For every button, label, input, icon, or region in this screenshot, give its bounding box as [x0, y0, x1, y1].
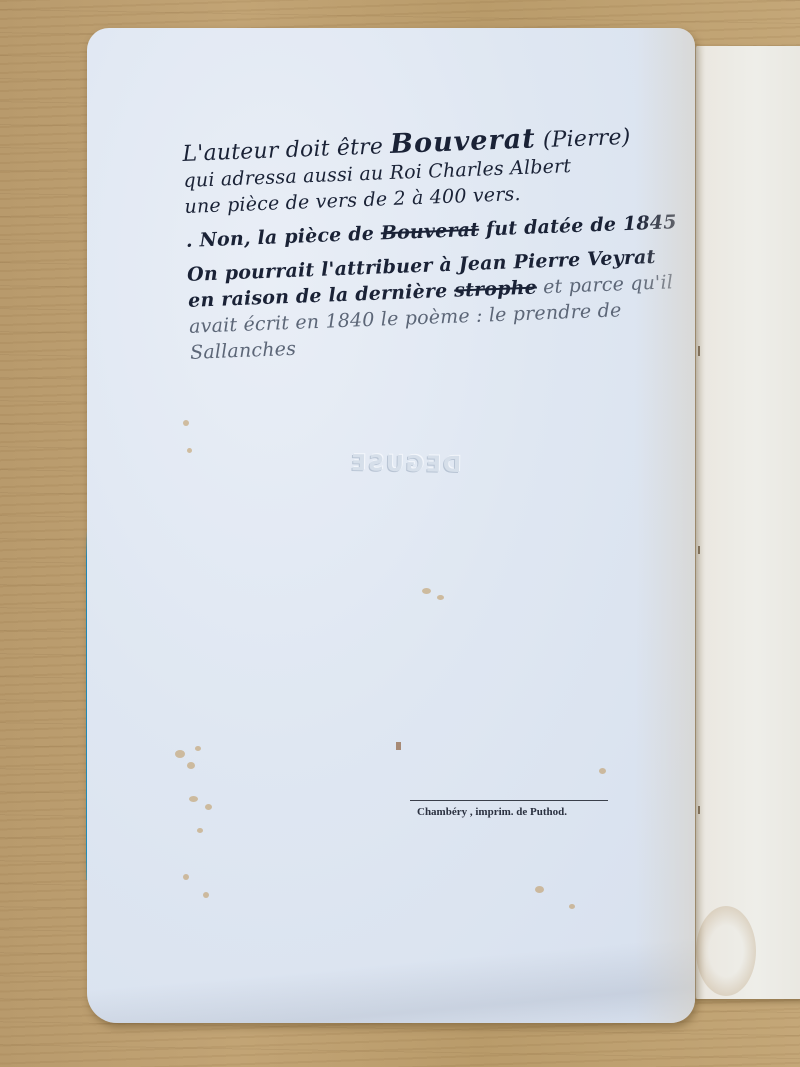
- pencil-text: et parce qu'il: [536, 271, 673, 298]
- foxing-spot: [197, 828, 203, 833]
- foxing-spot: [189, 796, 198, 802]
- foxing-spot: [187, 448, 192, 453]
- stitch-hole: [698, 546, 700, 554]
- note-text: . Non, la pièce de: [185, 222, 381, 251]
- foxing-spot: [437, 595, 444, 600]
- handwritten-note: L'auteur doit être Bouverat (Pierre) qui…: [182, 121, 690, 366]
- printer-imprint: Chambéry , imprim. de Puthod.: [417, 806, 567, 818]
- foxing-spot: [195, 746, 201, 751]
- embossed-stamp: DEGUSE: [349, 451, 462, 478]
- foxing-spot: [422, 588, 431, 594]
- struck-text: strophe: [454, 276, 538, 301]
- struck-text: Bouverat: [380, 219, 479, 245]
- imprint-rule: [410, 800, 608, 801]
- foxing-spot: [203, 892, 209, 898]
- foxing-spot: [569, 904, 575, 909]
- note-text: (Pierre): [535, 125, 631, 154]
- foxing-spot: [183, 420, 189, 426]
- note-text: fut datée de 1845: [479, 211, 677, 241]
- stitch-hole: [698, 346, 700, 356]
- foxing-spot: [175, 750, 185, 758]
- foxing-spot: [183, 874, 189, 880]
- paper-mark: [396, 742, 401, 750]
- stitch-hole: [698, 806, 700, 814]
- foxing-spot: [535, 886, 544, 893]
- foxing-spot: [599, 768, 606, 774]
- foxing-spot: [205, 804, 212, 810]
- document-page: L'auteur doit être Bouverat (Pierre) qui…: [87, 28, 695, 1023]
- foxing-spot: [187, 762, 195, 769]
- page-curl-shadow: [87, 933, 695, 1023]
- water-stain: [696, 906, 756, 996]
- facing-page: [694, 46, 800, 999]
